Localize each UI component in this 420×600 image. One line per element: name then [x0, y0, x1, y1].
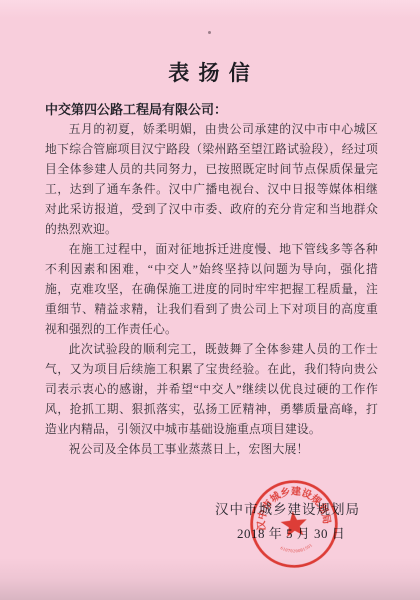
- seal-serial-number: 6107020001501: [279, 542, 314, 555]
- letter-body: 五月的初夏，娇柔明媚，由贵公司承建的汉中市中心城区地下综合管廊项目汉宁路段（梁州…: [45, 119, 378, 459]
- svg-text:6107020001501: 6107020001501: [279, 542, 314, 555]
- seal-star-icon: [280, 510, 309, 538]
- paper-speck: [208, 31, 211, 34]
- paragraph-3: 此次试验段的顺利完工，既鼓舞了全体参建人员的工作士气，又为项目后续施工积累了宝贵…: [45, 339, 378, 439]
- letter-salutation: 中交第四公路工程局有限公司：: [45, 99, 378, 118]
- paragraph-2: 在施工过程中，面对征地拆迁进度慢、地下管线多等各种不利因素和困难，“中交人”始终…: [45, 239, 378, 339]
- letter-title: 表 扬 信: [0, 57, 420, 87]
- paragraph-1: 五月的初夏，娇柔明媚，由贵公司承建的汉中市中心城区地下综合管廊项目汉宁路段（梁州…: [45, 119, 378, 239]
- official-seal-stamp-icon: 汉中市城乡建设规划局 6107020001501: [243, 473, 344, 574]
- commendation-letter-page: 表 扬 信 中交第四公路工程局有限公司： 五月的初夏，娇柔明媚，由贵公司承建的汉…: [0, 0, 420, 600]
- paragraph-wish: 祝公司及全体员工事业蒸蒸日上，宏图大展！: [45, 439, 378, 459]
